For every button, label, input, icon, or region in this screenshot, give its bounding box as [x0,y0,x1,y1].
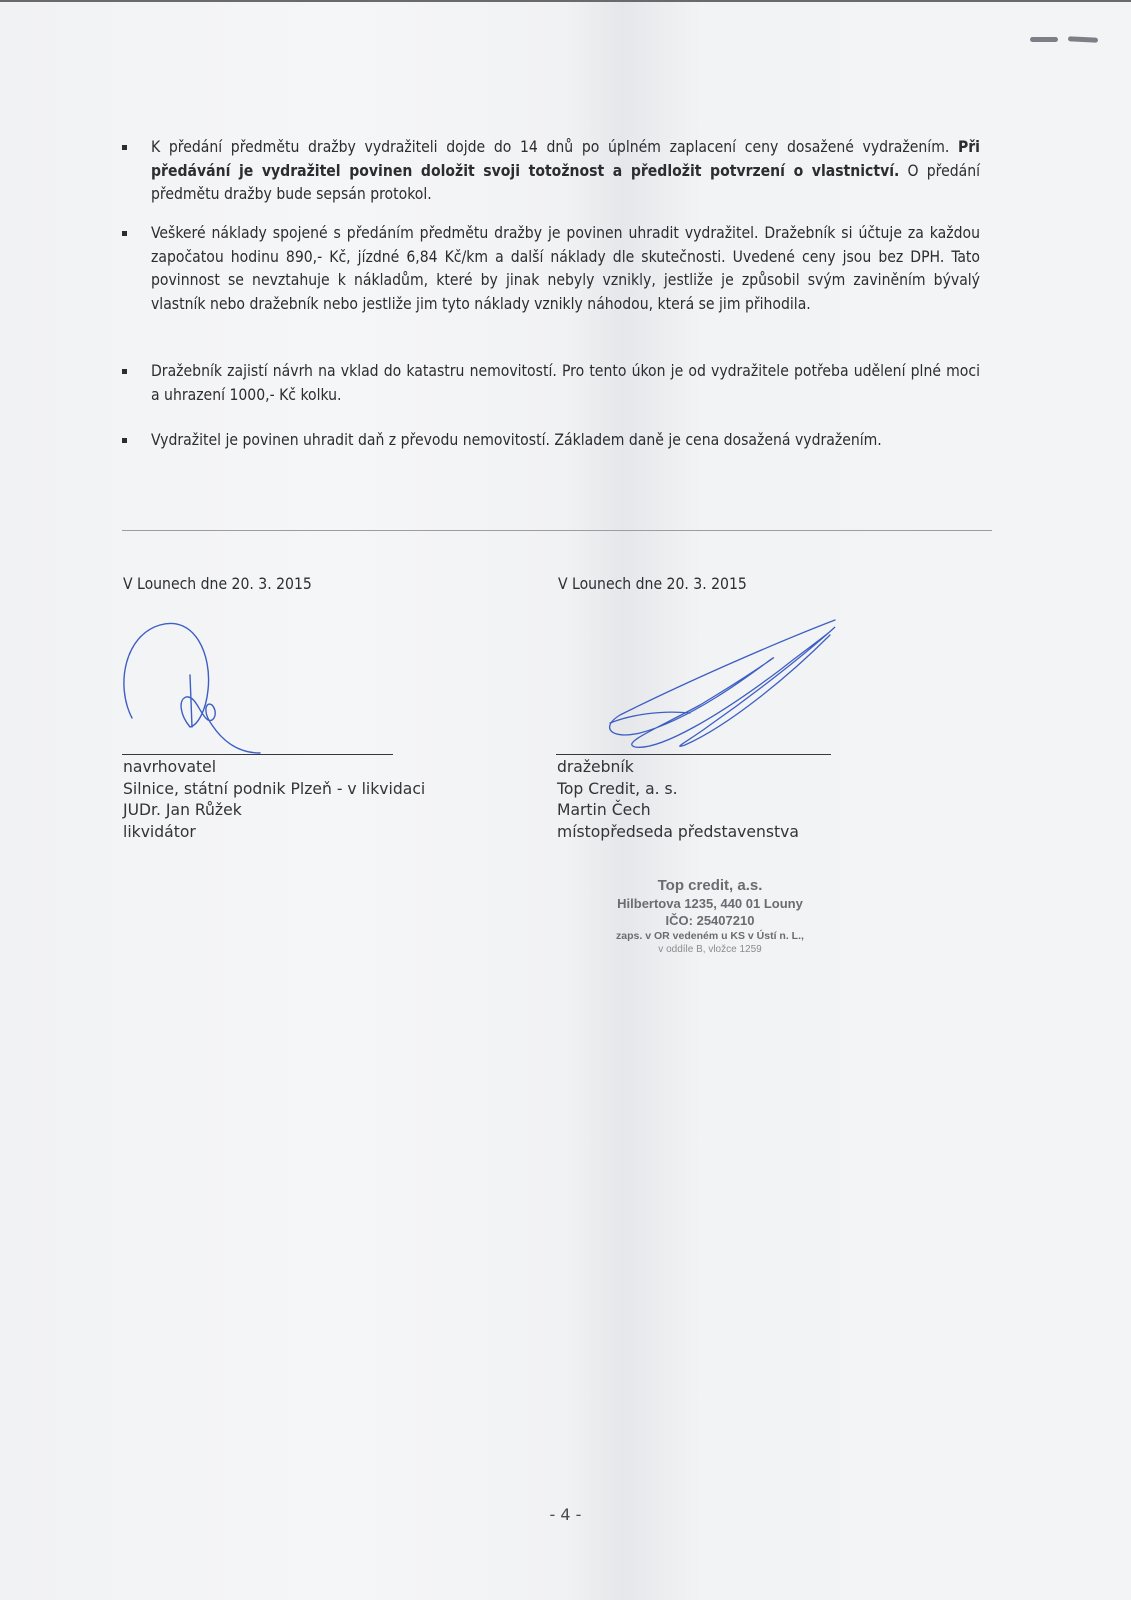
company-stamp: Top credit, a.s. Hilbertova 1235, 440 01… [600,876,820,956]
signatory-role: navrhovatel [123,757,425,779]
stamp-company: Top credit, a.s. [600,876,820,895]
stamp-registration: zaps. v OR vedeném u KS v Ústí n. L., [600,929,820,943]
bullet-icon [122,438,127,443]
place-date-right: V Lounech dne 20. 3. 2015 [558,575,747,593]
bullet-icon [122,369,127,374]
item-text: K předání předmětu dražby vydražiteli do… [151,136,980,207]
corner-mark [1030,37,1058,42]
list-item-tax: Vydražitel je povinen uhradit daň z přev… [122,429,980,453]
stamp-section: v oddíle B, vložce 1259 [600,943,820,956]
separator-line [122,530,992,531]
bullet-icon [122,231,127,236]
signatory-right: dražebník Top Credit, a. s. Martin Čech … [557,757,799,843]
signatory-title: likvidátor [123,822,425,844]
page-number: - 4 - [0,1505,1131,1524]
signatory-role: dražebník [557,757,799,779]
item-text: Veškeré náklady spojené s předáním předm… [151,222,980,316]
signature-line-left [122,754,393,755]
bullet-icon [122,145,127,150]
signatory-organization: Silnice, státní podnik Plzeň - v likvida… [123,779,425,801]
list-item-cadastre: Dražebník zajistí návrh na vklad do kata… [122,360,980,407]
signature-left [120,615,300,764]
scan-top-edge [0,0,1131,2]
signatory-name: Martin Čech [557,800,799,822]
signatory-title: místopředseda představenstva [557,822,799,844]
item-text: Dražebník zajistí návrh na vklad do kata… [151,360,980,407]
list-item-handover: K předání předmětu dražby vydražiteli do… [122,136,980,207]
signature-right [590,615,840,759]
stamp-address: Hilbertova 1235, 440 01 Louny [600,895,820,912]
corner-mark [1068,36,1098,43]
list-item-costs: Veškeré náklady spojené s předáním předm… [122,222,980,316]
stamp-ico: IČO: 25407210 [600,912,820,929]
signatory-left: navrhovatel Silnice, státní podnik Plzeň… [123,757,425,843]
place-date-left: V Lounech dne 20. 3. 2015 [123,575,312,593]
signatory-name: JUDr. Jan Růžek [123,800,425,822]
signature-line-right [556,754,831,755]
scanned-page: K předání předmětu dražby vydražiteli do… [0,0,1131,1600]
signatory-organization: Top Credit, a. s. [557,779,799,801]
item-text: Vydražitel je povinen uhradit daň z přev… [151,429,980,453]
